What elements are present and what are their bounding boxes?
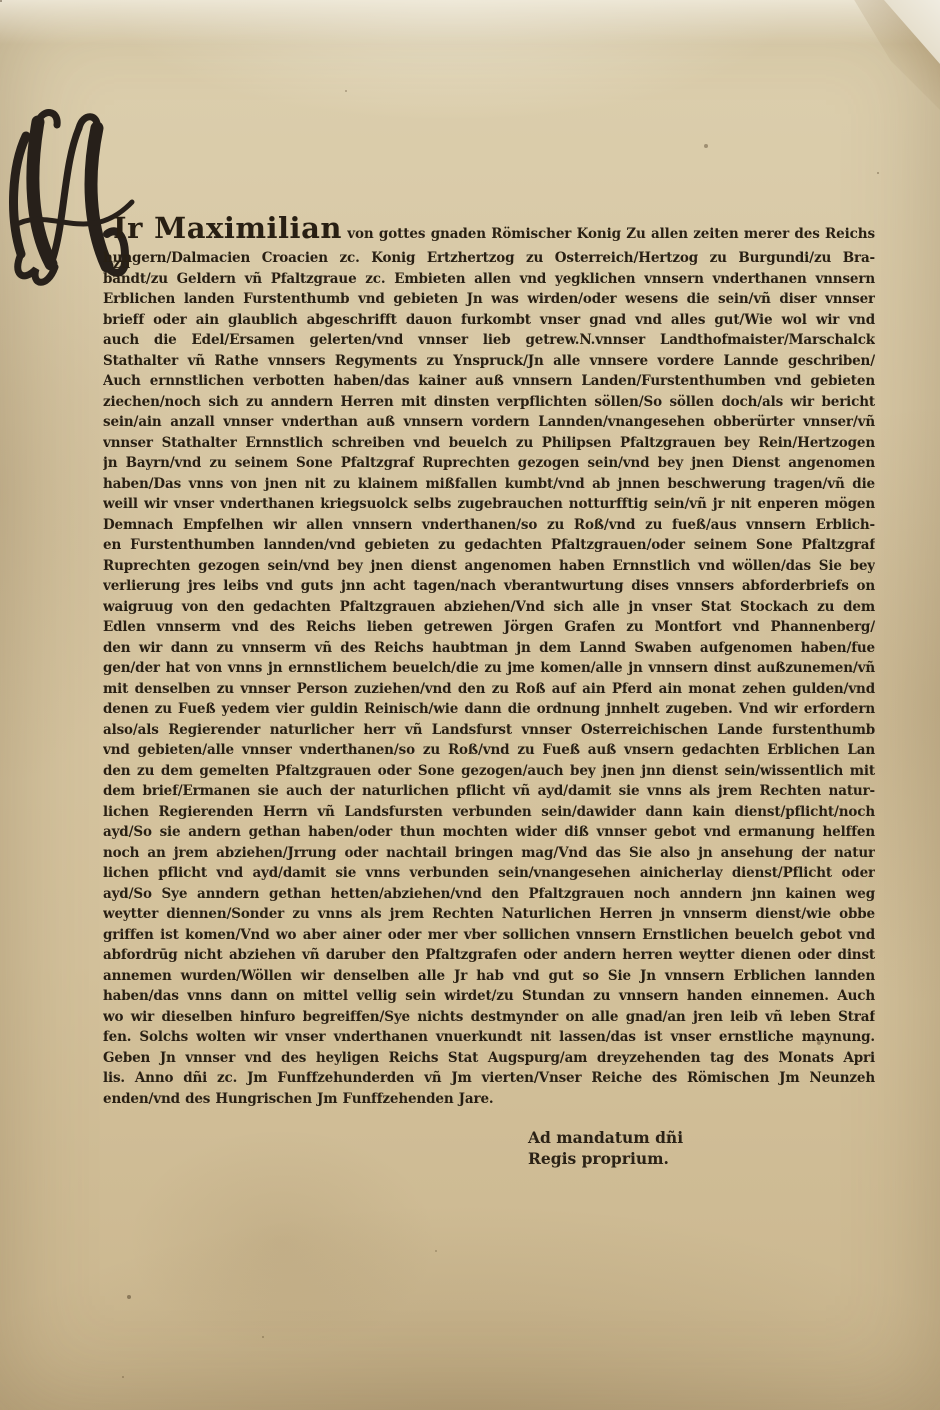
text-line: fen. Solchs wolten wir vnser vnderthanen… — [103, 1027, 875, 1048]
text-line: jn Bayrn/vnd zu seinem Sone Pfaltzgraf R… — [103, 453, 875, 474]
text-line: wo wir dieselben hinfuro begreiffen/Sye … — [103, 1007, 875, 1028]
text-line: vnd gebieten/alle vnnser vnderthanen/so … — [103, 740, 875, 761]
letter-text: Ir Maximilian von gottes gnaden Römische… — [103, 213, 875, 1109]
text-line: Ruprechten gezogen sein/vnd bey jnen die… — [103, 556, 875, 577]
text-line: weytter diennen/Sonder zu vnns als jrem … — [103, 904, 875, 925]
text-line: mit denselben zu vnnser Person zuziehen/… — [103, 679, 875, 700]
text-line: Erblichen landen Furstenthumb vnd gebiet… — [103, 289, 875, 310]
text-line: noch an jrem abziehen/Jrrung oder nachta… — [103, 843, 875, 864]
subscription: Ad mandatum dñi Regis proprium. — [528, 1127, 683, 1169]
text-line: gen/der hat von vnns jn ernnstlichem beu… — [103, 658, 875, 679]
text-line: haben/Das vnns von jnen nit zu klainem m… — [103, 474, 875, 495]
paper-specks — [0, 0, 2, 2]
text-line: brieff oder ain glaublich abgeschrifft d… — [103, 310, 875, 331]
text-line: lis. Anno dñi zc. Jm Funffzehunderden vñ… — [103, 1068, 875, 1089]
text-line: weill wir vnser vnderthanen kriegsuolck … — [103, 494, 875, 515]
text-line: auch die Edel/Ersamen gelerten/vnd vnnse… — [103, 330, 875, 351]
text-line: sein/ain anzall vnnser vnderthan auß vnn… — [103, 412, 875, 433]
text-line: den zu dem gemelten Pfaltzgrauen oder So… — [103, 761, 875, 782]
text-line: Demnach Empfelhen wir allen vnnsern vnde… — [103, 515, 875, 536]
text-line: lichen pflicht vnd ayd/damit sie vnns ve… — [103, 863, 875, 884]
text-line: verlierung jres leibs vnd guts jnn acht … — [103, 576, 875, 597]
text-line: haben/das vnns dann on mittel vellig sei… — [103, 986, 875, 1007]
text-line: also/als Regierender naturlicher herr vñ… — [103, 720, 875, 741]
text-line: bandt/zu Geldern vñ Pfaltzgraue zc. Embi… — [103, 269, 875, 290]
text-line: den wir dann zu vnnserm vñ des Reichs ha… — [103, 638, 875, 659]
text-line: vnnser Stathalter Ernnstlich schreiben v… — [103, 433, 875, 454]
subscription-line1: Ad mandatum dñi — [528, 1127, 683, 1148]
text-line: ziechen/noch sich zu anndern Herren mit … — [103, 392, 875, 413]
text-line: enden/vnd des Hungrischen Jm Funffzehend… — [103, 1089, 875, 1110]
text-line: Stathalter vñ Rathe vnnsers Regyments zu… — [103, 351, 875, 372]
text-line: ayd/So Sye anndern gethan hetten/abziehe… — [103, 884, 875, 905]
paper-top-crease — [0, 0, 940, 48]
text-line: dem brief/Ermanen sie auch der naturlich… — [103, 781, 875, 802]
intitulatio-large: Ir Maximilian — [113, 211, 342, 245]
text-line: annemen wurden/Wöllen wir denselben alle… — [103, 966, 875, 987]
intitulatio-line: Ir Maximilian von gottes gnaden Römische… — [103, 213, 875, 248]
text-line: hungern/Dalmacien Croacien zc. Konig Ert… — [103, 248, 875, 269]
folded-corner — [884, 0, 940, 64]
text-line: waigruug von den gedachten Pfaltzgrauen … — [103, 597, 875, 618]
body-text: hungern/Dalmacien Croacien zc. Konig Ert… — [103, 248, 875, 1109]
text-line: Auch ernnstlichen verbotten haben/das ka… — [103, 371, 875, 392]
text-line: ayd/So sie andern gethan haben/oder thun… — [103, 822, 875, 843]
text-line: denen zu Fueß yedem vier guldin Reinisch… — [103, 699, 875, 720]
text-line: en Furstenthumben lannden/vnd gebieten z… — [103, 535, 875, 556]
text-line: Geben Jn vnnser vnd des heyligen Reichs … — [103, 1048, 875, 1069]
text-line: Edlen vnnserm vnd des Reichs lieben getr… — [103, 617, 875, 638]
text-line: griffen ist komen/Vnd wo aber ainer oder… — [103, 925, 875, 946]
subscription-line2: Regis proprium. — [528, 1148, 683, 1169]
text-line: lichen Regierenden Herrn vñ Landsfursten… — [103, 802, 875, 823]
parchment-page: Ir Maximilian von gottes gnaden Römische… — [0, 0, 940, 1410]
text-line: abfordrūg nicht abziehen vñ daruber den … — [103, 945, 875, 966]
